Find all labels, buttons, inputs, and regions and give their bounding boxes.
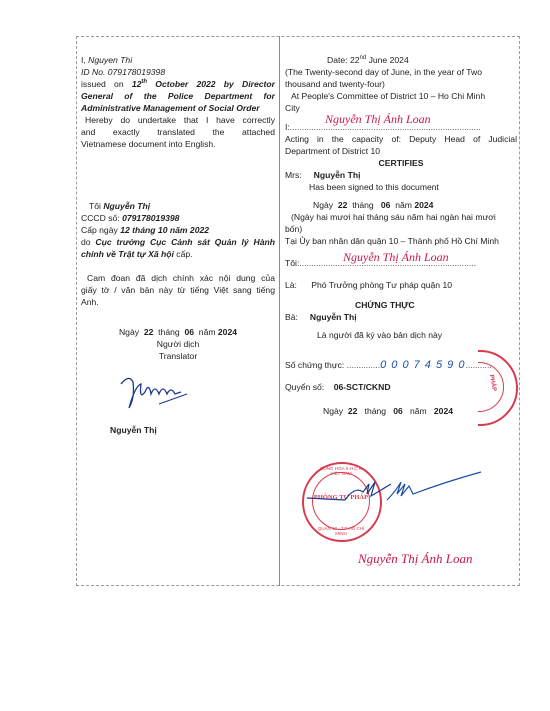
stamp-bottom-text: QUẬN 10 - T.P HỒ CHÍ MINH [314,526,368,536]
cccd-line: CCCD số: 079178019398 [81,212,275,224]
translator-date: Ngày 22 tháng 06 năm 2024 [81,326,275,338]
tai-line: Tại Ủy ban nhân dân quận 10 – Thành phố … [285,235,517,247]
toi-line: Tôi Nguyễn Thị [81,200,275,212]
official-signature-icon [305,470,485,510]
mrs-line: Mrs: Nguyễn Thị [285,169,517,181]
vi-date-line: Ngày 22 tháng 06 năm 2024 [285,199,517,211]
official-signature-text-vi: Nguyễn Thị Ánh Loan [343,251,449,263]
la-line: Là: Phó Trưởng phòng Tư pháp quận 10 [285,279,517,291]
undertake-line-2: and exactly translated the attached [81,126,275,138]
issuer-vi-line-2: chính về Trật tự Xã hội cấp. [81,248,275,260]
translator-signature-icon [115,372,195,412]
id-number: ID No. 079178019398 [81,66,275,78]
toi-line-vi: Tôi:....................................… [285,257,517,269]
date-words-line-2: thousand and twenty-four) [285,78,517,90]
certifies-heading: CERTIFIES [285,157,517,169]
translator-name: Nguyen Thi [88,55,132,65]
column-divider [279,36,280,586]
issuer-vi-line-1: do Cục trưởng Cục Cảnh sát Quản lý Hành [81,236,275,248]
translator-intro: I, Nguyen Thi [81,54,275,66]
undertake-line-1: Hereby do undertake that I have correctl… [81,114,275,126]
issuer-line-2: General of the Police Department for [81,90,275,102]
left-vietnamese-block: Tôi Nguyễn Thị CCCD số: 079178019398 Cấp… [81,200,275,308]
la-nguoi-line: Là người đã ký vào bản dịch này [285,329,517,341]
camdoan-line-3: Anh. [81,296,275,308]
date-line: Date: 22nd June 2024 [285,54,517,66]
signed-text: Has been signed to this document [285,181,517,193]
undertake-line-3: Vietnamese document into English. [81,138,275,150]
at-line-1: At People's Committee of District 10 – H… [285,90,517,102]
acting-line-2: Department of District 10 [285,145,517,157]
official-printed-name: Nguyễn Thị Ánh Loan [358,551,472,567]
certification-number: 0 0 0 7 4 5 9 0 [380,359,465,371]
translator-printed-name: Nguyễn Thị [110,425,157,435]
ba-line: Bà: Nguyễn Thị [285,311,517,323]
issuer-line-3: Administrative Management of Social Orde… [81,102,275,114]
date-words-line-1: (The Twenty-second day of June, in the y… [285,66,517,78]
cap-ngay-line: Cấp ngày 12 tháng 10 năm 2022 [81,224,275,236]
camdoan-line-1: Cam đoan đã dịch chính xác nội dung của [81,272,275,284]
left-column: I, Nguyen Thi ID No. 079178019398 issued… [81,54,275,150]
i-line: I:......................................… [285,121,517,133]
translator-signature-block: Ngày 22 tháng 06 năm 2024 Người dịch Tra… [81,326,275,362]
acting-line-1: Acting in the capacity of: Deputy Head o… [285,133,517,145]
role-vi: Người dịch [81,338,275,350]
issued-line: issued on 12th October 2022 by Director [81,78,275,90]
camdoan-line-2: giấy tờ / văn bản này từ tiếng Việt sang… [81,284,275,296]
chung-thuc-heading: CHỨNG THỰC [285,299,517,311]
official-signature-text-en: Nguyễn Thị Ánh Loan [325,113,431,125]
vi-date-words-line-1: (Ngày hai mươi hai tháng sáu năm hai ngà… [285,211,517,223]
role-en: Translator [81,350,275,362]
vi-date-words-line-2: bốn) [285,223,517,235]
partial-stamp-icon: PHÁP [478,350,518,426]
